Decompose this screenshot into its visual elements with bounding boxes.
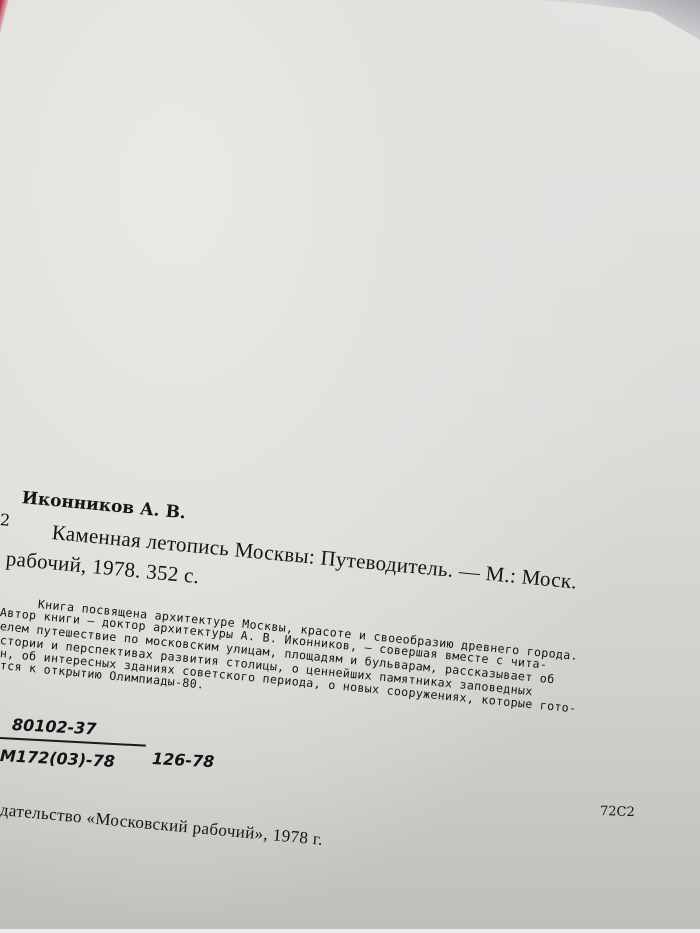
bbk-code: 72С2 [600,804,635,820]
book-page: Иконников А. В. 2 Каменная летопись Моск… [0,0,700,933]
page-bottom-edge [0,929,700,933]
shadow-corner [540,0,700,40]
publisher-line: дательство «Московский рабочий», 1978 г. [0,800,324,850]
code-numerator: 80102-37 [12,715,97,738]
fraction-divider [0,737,146,747]
code-right: 126-78 [152,749,215,771]
index-fragment: 2 [0,510,11,530]
author-name: Иконников А. В. [21,488,187,523]
red-cover-edge [0,0,9,124]
code-denominator: М172(03)-78 [0,746,115,771]
